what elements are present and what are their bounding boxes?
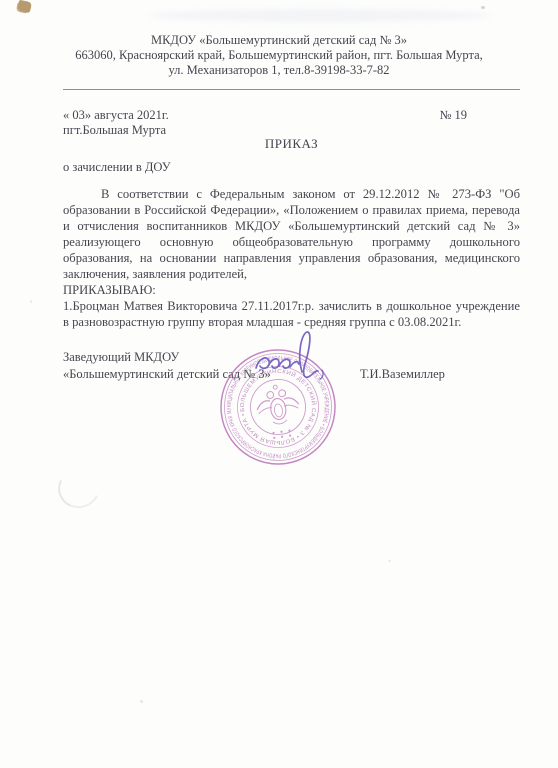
doc-number: № 19: [439, 108, 467, 123]
scan-artifact-noise: [388, 560, 391, 562]
order-item: 1.Броцман Матвея Викторовича 27.11.2017г…: [63, 298, 520, 330]
scan-artifact-curve: [52, 462, 105, 514]
scanned-order-document: МКДОУ «Большемуртинский детский сад № 3»…: [0, 0, 558, 768]
signature-block: Заведующий МКДОУ «Большемуртинский детск…: [63, 349, 520, 383]
date-number-row: « 03» августа 2021г. № 19: [63, 108, 520, 123]
scan-artifact-noise: [30, 300, 32, 303]
doc-title: ПРИКАЗ: [63, 136, 520, 152]
signer-role-line1: Заведующий МКДОУ: [63, 349, 520, 366]
body-paragraph: В соответствии с Федеральным законом от …: [63, 186, 520, 282]
stamp-eagle-emblem: [254, 382, 303, 440]
org-name: МКДОУ «Большемуртинский детский сад № 3»: [0, 33, 558, 48]
order-heading: ПРИКАЗЫВАЮ:: [63, 282, 520, 298]
doc-body: В соответствии с Федеральным законом от …: [63, 186, 520, 330]
doc-date: « 03» августа 2021г.: [63, 108, 169, 123]
letterhead: МКДОУ «Большемуртинский детский сад № 3»…: [0, 33, 558, 78]
scan-artifact-dot: [481, 6, 485, 9]
org-address: 663060, Красноярский край, Большемуртинс…: [0, 48, 558, 63]
signer-name: Т.И.Ваземиллер: [360, 366, 445, 383]
scan-artifact-noise: [140, 700, 143, 703]
scan-artifact-smear: [150, 9, 490, 22]
scan-artifact-speck: [17, 0, 32, 13]
doc-subject: о зачислении в ДОУ: [63, 160, 171, 175]
org-street-phone: ул. Механизаторов 1, тел.8-39198-33-7-82: [0, 63, 558, 78]
letterhead-divider: [63, 89, 520, 90]
signer-role-line2: «Большемуртинский детский сад № 3»: [63, 366, 520, 383]
